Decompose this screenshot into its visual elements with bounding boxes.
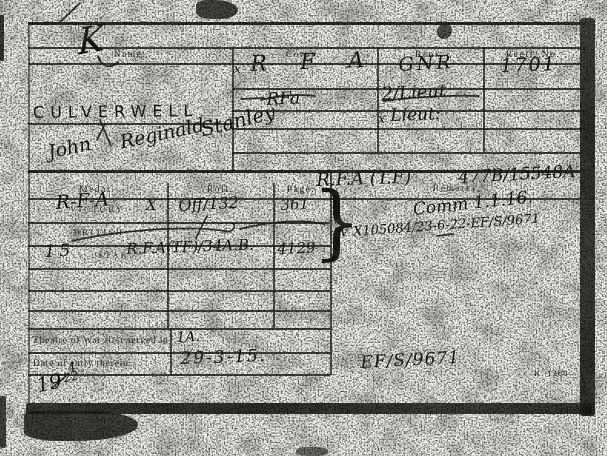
roll-victory-value: Off/132 bbox=[178, 193, 239, 215]
surname-value: CULVERWELL bbox=[33, 101, 199, 122]
page-victory-value: 361 bbox=[280, 195, 310, 214]
theatre-value: 1A. bbox=[176, 329, 200, 346]
remarks-brace: } bbox=[312, 184, 362, 260]
forename-stanley: Stanley bbox=[198, 100, 278, 142]
corner-k-mark: K bbox=[78, 17, 104, 63]
medal-star-hand-15: 15 bbox=[44, 240, 75, 262]
corps-row2-value: RFa bbox=[266, 88, 301, 110]
scan-artifact bbox=[296, 447, 328, 456]
rank-row3-x-mark: x bbox=[378, 112, 385, 127]
column-line-theatre bbox=[170, 328, 172, 374]
grid-line bbox=[232, 152, 585, 154]
corps-row1-value: R F A bbox=[250, 48, 377, 77]
grid-line bbox=[28, 222, 330, 224]
column-line-roll-page bbox=[273, 183, 275, 328]
regtl-no-value: 1701 bbox=[500, 53, 557, 77]
top-corner-pen-stroke bbox=[60, 3, 80, 22]
form-number: K. 1380 bbox=[534, 368, 568, 378]
scan-artifact bbox=[0, 15, 4, 61]
date-of-entry-value: 29-3-15. bbox=[180, 346, 268, 369]
date-of-entry-label: Date of entry therein bbox=[33, 359, 129, 369]
rank-row1-value: GNR bbox=[398, 51, 454, 76]
card-left-border bbox=[28, 22, 30, 404]
roll-star-value: R.F.A(TF)/34A.B. bbox=[126, 236, 254, 258]
corps-row1-x-mark: x bbox=[234, 62, 241, 76]
grid-line bbox=[232, 128, 585, 130]
medal-british-printed: British bbox=[74, 227, 125, 237]
column-line-rank-regtl bbox=[483, 47, 485, 152]
scanned-medal-index-card: { "card": { "corner_mark": "K", "header"… bbox=[0, 0, 607, 456]
line3-overline-22 bbox=[437, 234, 453, 236]
grid-line bbox=[28, 352, 330, 354]
scan-artifact bbox=[24, 411, 138, 441]
medal-victory-x-mark: X bbox=[146, 196, 157, 214]
scan-right-edge bbox=[580, 18, 595, 416]
scan-artifact bbox=[196, 0, 238, 19]
footer-reference: EF/S/9671 bbox=[360, 348, 460, 373]
rank-row2-value: 2/Lieut bbox=[381, 81, 447, 105]
medal-victory-hand-rfa: R-F-A bbox=[55, 188, 110, 214]
card-top-border bbox=[28, 22, 588, 25]
grid-line bbox=[28, 268, 330, 270]
grid-line bbox=[28, 310, 330, 312]
footer-date-prefix: 19 bbox=[34, 368, 64, 397]
rank-row3-value: Lieut: bbox=[390, 104, 441, 126]
corps-row2-dash bbox=[241, 98, 264, 99]
footer-date-frac-bottom: 22 bbox=[62, 370, 79, 383]
page-column-header: Page. bbox=[287, 185, 315, 195]
medal-star-printed: Star bbox=[98, 250, 129, 260]
remarks-line1-roll-ref: 477B/15548A bbox=[458, 162, 576, 188]
theatre-of-war-label: Theatre of War first served in bbox=[33, 336, 169, 346]
scan-artifact bbox=[437, 24, 452, 39]
roll-ditto-slash bbox=[196, 216, 207, 238]
grid-line bbox=[28, 290, 330, 292]
forename-john: John bbox=[46, 133, 93, 164]
footer-date-mark: 19422 bbox=[34, 364, 81, 397]
remarks-line1-rfa-tf: R.F.A (T.F) bbox=[316, 167, 412, 191]
grid-line bbox=[28, 47, 585, 49]
name-column-header: Name. bbox=[114, 50, 147, 60]
scan-artifact bbox=[0, 396, 6, 448]
page-star-value: 4129 bbox=[277, 239, 316, 258]
